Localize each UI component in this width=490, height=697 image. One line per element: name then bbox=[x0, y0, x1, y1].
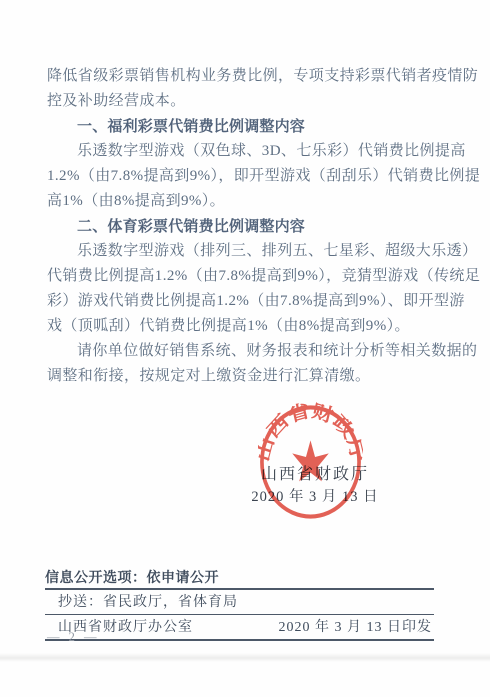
cc-line: 抄送：省民政厅，省体育局 bbox=[45, 590, 434, 615]
section-heading-1: 一、福利彩票代销费比例调整内容 bbox=[47, 114, 449, 139]
body-line: 调整和衔接，按规定对上缴资金进行汇算清缴。 bbox=[47, 364, 449, 389]
issue-line: 山西省财政厅办公室 2020 年 3 月 13 日印发 bbox=[45, 615, 434, 641]
scanned-document-page: { "document": { "body_lines": [ "降低省级彩票销… bbox=[0, 0, 490, 697]
body-line: 1.2%（由7.8%提高到9%），即开型游戏（刮刮乐）代销费比例提 bbox=[47, 164, 449, 189]
print-date: 2020 年 3 月 13 日印发 bbox=[279, 620, 433, 635]
scan-artifact-band bbox=[0, 653, 490, 662]
page-background: 降低省级彩票销售机构业务费比例，专项支持彩票代销者疫情防 控及补助经营成本。 一… bbox=[0, 0, 490, 697]
body-line: 控及补助经营成本。 bbox=[47, 89, 449, 114]
disclosure-option-line: 信息公开选项：依申请公开 bbox=[45, 568, 434, 590]
body-line: 请你单位做好销售系统、财务报表和统计分析等相关数据的 bbox=[47, 339, 449, 364]
body-line: 降低省级彩票销售机构业务费比例，专项支持彩票代销者疫情防 bbox=[47, 64, 449, 89]
official-seal-stamp: 山西省财政厅 bbox=[258, 401, 363, 519]
body-line: 乐透数字型游戏（排列三、排列五、七星彩、超级大乐透） bbox=[47, 239, 449, 264]
page-number: — 2 — bbox=[47, 630, 100, 645]
body-line: 彩）游戏代销费比例提高1.2%（由7.8%提高到9%）、即开型游 bbox=[47, 289, 449, 314]
section-heading-2: 二、体育彩票代销费比例调整内容 bbox=[47, 214, 449, 239]
body-line: 戏（顶呱刮）代销费比例提高1%（由8%提高到9%）。 bbox=[47, 314, 449, 339]
body-line: 代销费比例提高1.2%（由7.8%提高到9%），竞猜型游戏（传统足 bbox=[47, 264, 449, 289]
document-body: 降低省级彩票销售机构业务费比例，专项支持彩票代销者疫情防 控及补助经营成本。 一… bbox=[47, 64, 449, 389]
seal-star-icon bbox=[292, 440, 329, 481]
body-line: 高1%（由8%提高到9%）。 bbox=[47, 189, 449, 214]
body-line: 乐透数字型游戏（双色球、3D、七乐彩）代销费比例提高 bbox=[47, 139, 449, 164]
document-footer: 信息公开选项：依申请公开 抄送：省民政厅，省体育局 山西省财政厅办公室 2020… bbox=[45, 568, 434, 641]
